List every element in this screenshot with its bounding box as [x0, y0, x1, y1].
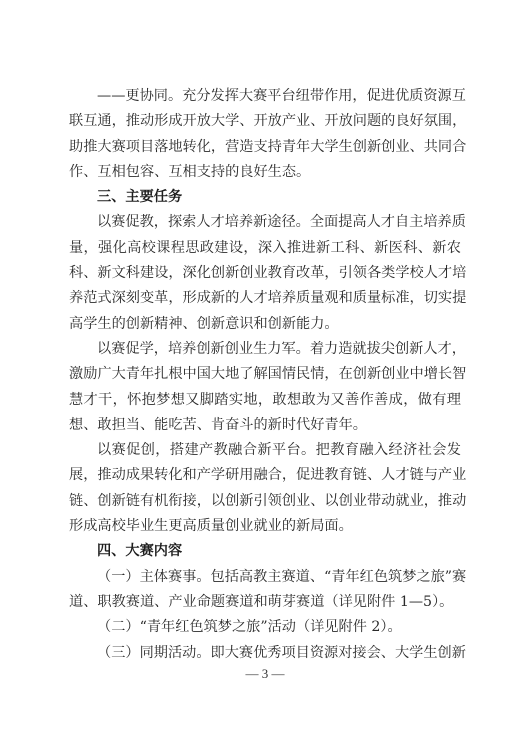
paragraph-line: 联互通，推动形成开放大学、开放产业、开放问题的良好氛围， [69, 109, 461, 134]
paragraph-line: （三）同期活动。即大赛优秀项目资源对接会、大学生创新 [69, 641, 461, 666]
paragraph-line: ——更协同。充分发挥大赛平台纽带作用，促进优质资源互 [69, 84, 461, 109]
paragraph-line: 想、敢担当、能吃苦、肯奋斗的新时代好青年。 [69, 413, 461, 438]
paragraph-line: （二）“青年红色筑梦之旅”活动（详见附件 2）。 [69, 615, 461, 640]
paragraph-line: 以赛促学，培养创新创业生力军。着力造就拔尖创新人才， [69, 337, 461, 362]
paragraph-line: 慧才干，怀抱梦想又脚踏实地，敢想敢为又善作善成，做有理 [69, 388, 461, 413]
document-page: ——更协同。充分发挥大赛平台纽带作用，促进优质资源互 联互通，推动形成开放大学、… [69, 84, 461, 666]
paragraph-line: 激励广大青年扎根中国大地了解国情民情，在创新创业中增长智 [69, 362, 461, 387]
paragraph-line: 链、创新链有机衔接，以创新引领创业、以创业带动就业，推动 [69, 489, 461, 514]
paragraph-line: 以赛促教，探索人才培养新途径。全面提高人才自主培养质 [69, 210, 461, 235]
paragraph-line: 作、互相包容、互相支持的良好生态。 [69, 160, 461, 185]
section-heading-main-tasks: 三、主要任务 [69, 185, 461, 210]
paragraph-line: 展，推动成果转化和产学研用融合，促进教育链、人才链与产业 [69, 463, 461, 488]
paragraph-line: 养范式深刻变革，形成新的人才培养质量观和质量标准，切实提 [69, 286, 461, 311]
paragraph-line: 量，强化高校课程思政建设，深入推进新工科、新医科、新农 [69, 236, 461, 261]
paragraph-line: 助推大赛项目落地转化，营造支持青年大学生创新创业、共同合 [69, 135, 461, 160]
paragraph-line: （一）主体赛事。包括高教主赛道、“青年红色筑梦之旅”赛 [69, 565, 461, 590]
paragraph-line: 道、职教赛道、产业命题赛道和萌芽赛道（详见附件 1—5）。 [69, 590, 461, 615]
paragraph-line: 形成高校毕业生更高质量创业就业的新局面。 [69, 514, 461, 539]
page-number: — 3 — [0, 666, 530, 682]
paragraph-line: 科、新文科建设，深化创新创业教育改革，引领各类学校人才培 [69, 261, 461, 286]
paragraph-line: 高学生的创新精神、创新意识和创新能力。 [69, 312, 461, 337]
paragraph-line: 以赛促创，搭建产教融合新平台。把教育融入经济社会发 [69, 438, 461, 463]
section-heading-contest-content: 四、大赛内容 [69, 539, 461, 564]
